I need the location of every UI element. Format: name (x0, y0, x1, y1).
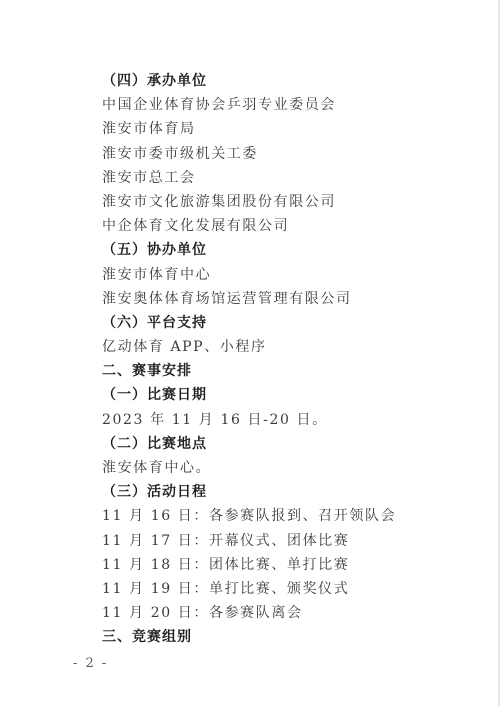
agenda-item: 11 月 19 日：单打比赛、颁奖仪式 (102, 577, 462, 601)
organizer-item: 淮安市文化旅游集团股份有限公司 (102, 190, 462, 214)
organizer-item: 中国企业体育协会乒羽专业委员会 (102, 93, 462, 117)
section-heading-venue: （二）比赛地点 (102, 432, 462, 456)
organizer-item: 淮安市体育局 (102, 117, 462, 141)
agenda-item: 11 月 17 日：开幕仪式、团体比赛 (102, 529, 462, 553)
chapter-heading-schedule: 二、赛事安排 (102, 359, 462, 383)
page-number: - 2 - (73, 656, 108, 671)
co-organizer-item: 淮安市体育中心 (102, 263, 462, 287)
event-venue: 淮安体育中心。 (102, 456, 462, 480)
agenda-item: 11 月 16 日：各参赛队报到、召开领队会 (102, 504, 462, 528)
organizer-item: 中企体育文化发展有限公司 (102, 214, 462, 238)
platform-item: 亿动体育 APP、小程序 (102, 335, 462, 359)
section-heading-agenda: （三）活动日程 (102, 480, 462, 504)
section-heading-organizers: （四）承办单位 (102, 69, 462, 93)
organizer-item: 淮安市委市级机关工委 (102, 142, 462, 166)
section-heading-platform: （六）平台支持 (102, 311, 462, 335)
agenda-item: 11 月 20 日：各参赛队离会 (102, 601, 462, 625)
agenda-item: 11 月 18 日：团体比赛、单打比赛 (102, 553, 462, 577)
section-heading-co-organizers: （五）协办单位 (102, 238, 462, 262)
event-date: 2023 年 11 月 16 日-20 日。 (102, 408, 462, 432)
section-heading-date: （一）比赛日期 (102, 383, 462, 407)
document-body: （四）承办单位 中国企业体育协会乒羽专业委员会 淮安市体育局 淮安市委市级机关工… (102, 69, 462, 650)
chapter-heading-categories: 三、竞赛组别 (102, 625, 462, 649)
co-organizer-item: 淮安奥体体育场馆运营管理有限公司 (102, 287, 462, 311)
organizer-item: 淮安市总工会 (102, 166, 462, 190)
